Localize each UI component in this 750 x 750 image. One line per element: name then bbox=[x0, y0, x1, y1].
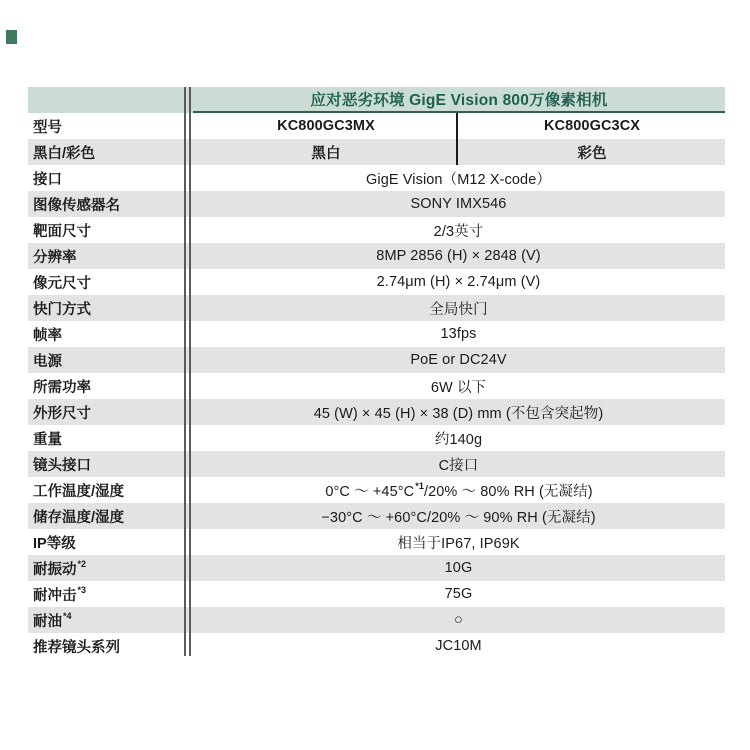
table-row: 外形尺寸 45 (W) × 45 (H) × 38 (D) mm (不包含突起物… bbox=[28, 399, 725, 425]
table-row: 耐冲击*3 75G bbox=[28, 581, 725, 607]
row-label: 外形尺寸 bbox=[28, 399, 193, 425]
row-value-text: GigE Vision（M12 X-code） bbox=[366, 168, 551, 189]
header-title: 应对恶劣环境 GigE Vision 800万像素相机 bbox=[193, 87, 725, 113]
row-value-text: −30°C ～ +60°C/20% ～ 90% RH (无凝结) bbox=[321, 506, 595, 527]
row-label: 分辨率 bbox=[28, 243, 193, 269]
row-value: SONY IMX546 bbox=[193, 191, 725, 217]
row-value-text: 10G bbox=[445, 560, 473, 576]
table-row: 图像传感器名 SONY IMX546 bbox=[28, 191, 725, 217]
row-value: 6W 以下 bbox=[193, 373, 725, 399]
table-row: 靶面尺寸 2/3英寸 bbox=[28, 217, 725, 243]
table-row: 工作温度/湿度 0°C ～ +45°C*1/20% ～ 80% RH (无凝结) bbox=[28, 477, 725, 503]
row-label-text: 耐油 bbox=[33, 610, 62, 631]
row-label-text: IP等级 bbox=[33, 532, 76, 553]
row-label: 靶面尺寸 bbox=[28, 217, 193, 243]
row-value-text: 8MP 2856 (H) × 2848 (V) bbox=[376, 248, 540, 264]
row-label: 接口 bbox=[28, 165, 193, 191]
row-label: 像元尺寸 bbox=[28, 269, 193, 295]
row-label: 所需功率 bbox=[28, 373, 193, 399]
row-label-text: 电源 bbox=[33, 350, 62, 371]
row-label-text: 帧率 bbox=[33, 324, 62, 345]
row-value: PoE or DC24V bbox=[193, 347, 725, 373]
row-value: 75G bbox=[193, 581, 725, 607]
row-label-text: 耐振动 bbox=[33, 558, 77, 579]
row-value-text: ○ bbox=[454, 612, 463, 628]
row-label-text: 所需功率 bbox=[33, 376, 91, 397]
row-value-text-cont: /20% ～ 80% RH (无凝结) bbox=[424, 480, 593, 501]
row-value: C接口 bbox=[193, 451, 725, 477]
row-label: 推荐镜头系列 bbox=[28, 633, 193, 659]
table-row: 接口 GigE Vision（M12 X-code） bbox=[28, 165, 725, 191]
row-value: 8MP 2856 (H) × 2848 (V) bbox=[193, 243, 725, 269]
row-value-right: 彩色 bbox=[459, 139, 725, 165]
row-label-text: 靶面尺寸 bbox=[33, 220, 91, 241]
row-value-text: 13fps bbox=[441, 326, 477, 342]
row-label: 耐冲击*3 bbox=[28, 581, 193, 607]
table-row: 帧率 13fps bbox=[28, 321, 725, 347]
table-row: IP等级 相当于IP67, IP69K bbox=[28, 529, 725, 555]
table-rows: 接口 GigE Vision（M12 X-code） 图像传感器名 SONY I… bbox=[28, 165, 725, 659]
row-label-text: 重量 bbox=[33, 428, 62, 449]
row-label: 电源 bbox=[28, 347, 193, 373]
row-value: 2/3英寸 bbox=[193, 217, 725, 243]
row-value-text: 相当于IP67, IP69K bbox=[397, 532, 519, 553]
row-label-text: 推荐镜头系列 bbox=[33, 636, 120, 657]
model-column-divider bbox=[456, 113, 458, 165]
table-row: 镜头接口 C接口 bbox=[28, 451, 725, 477]
row-value-text: 6W 以下 bbox=[431, 376, 486, 397]
row-label: IP等级 bbox=[28, 529, 193, 555]
table-row-model: 型号 KC800GC3MX KC800GC3CX bbox=[28, 113, 725, 139]
table-row: 储存温度/湿度 −30°C ～ +60°C/20% ～ 90% RH (无凝结) bbox=[28, 503, 725, 529]
column-double-rule-right bbox=[189, 87, 191, 656]
row-label-text: 储存温度/湿度 bbox=[33, 506, 124, 527]
header-spacer bbox=[28, 87, 193, 113]
row-value-right: KC800GC3CX bbox=[459, 113, 725, 139]
row-label-text: 外形尺寸 bbox=[33, 402, 91, 423]
row-value-text: C接口 bbox=[439, 454, 479, 475]
row-value-left: 黑白 bbox=[193, 139, 459, 165]
row-value-text: 2.74μm (H) × 2.74μm (V) bbox=[377, 274, 541, 290]
table-row: 像元尺寸 2.74μm (H) × 2.74μm (V) bbox=[28, 269, 725, 295]
row-label: 储存温度/湿度 bbox=[28, 503, 193, 529]
row-label: 耐振动*2 bbox=[28, 555, 193, 581]
table-row: 推荐镜头系列 JC10M bbox=[28, 633, 725, 659]
row-value: 10G bbox=[193, 555, 725, 581]
row-label: 工作温度/湿度 bbox=[28, 477, 193, 503]
row-value-text: 75G bbox=[445, 586, 473, 602]
row-label: 黑白/彩色 bbox=[28, 139, 193, 165]
row-label: 型号 bbox=[28, 113, 193, 139]
row-value: 相当于IP67, IP69K bbox=[193, 529, 725, 555]
row-label: 耐油*4 bbox=[28, 607, 193, 633]
corner-green-square bbox=[6, 30, 17, 44]
row-label: 镜头接口 bbox=[28, 451, 193, 477]
table-row: 重量 约140g bbox=[28, 425, 725, 451]
row-label-text: 快门方式 bbox=[33, 298, 91, 319]
row-label: 图像传感器名 bbox=[28, 191, 193, 217]
table-row: 所需功率 6W 以下 bbox=[28, 373, 725, 399]
table-row: 快门方式 全局快门 bbox=[28, 295, 725, 321]
row-label-text: 分辨率 bbox=[33, 246, 77, 267]
row-value: ○ bbox=[193, 607, 725, 633]
row-value-text: JC10M bbox=[435, 638, 481, 654]
row-label-text: 耐冲击 bbox=[33, 584, 77, 605]
column-double-rule-left bbox=[184, 87, 186, 656]
row-label-text: 型号 bbox=[33, 116, 62, 137]
row-label: 帧率 bbox=[28, 321, 193, 347]
row-label-text: 工作温度/湿度 bbox=[33, 480, 124, 501]
table-row-mono-color: 黑白/彩色 黑白 彩色 bbox=[28, 139, 725, 165]
table-row: 分辨率 8MP 2856 (H) × 2848 (V) bbox=[28, 243, 725, 269]
row-value-left: KC800GC3MX bbox=[193, 113, 459, 139]
row-value: −30°C ～ +60°C/20% ～ 90% RH (无凝结) bbox=[193, 503, 725, 529]
row-value: JC10M bbox=[193, 633, 725, 659]
row-label-text: 镜头接口 bbox=[33, 454, 91, 475]
row-value: 45 (W) × 45 (H) × 38 (D) mm (不包含突起物) bbox=[193, 399, 725, 425]
table-row: 耐油*4 ○ bbox=[28, 607, 725, 633]
row-value-text: PoE or DC24V bbox=[410, 352, 506, 368]
row-value: 全局快门 bbox=[193, 295, 725, 321]
row-value: 13fps bbox=[193, 321, 725, 347]
table-header: 应对恶劣环境 GigE Vision 800万像素相机 bbox=[28, 87, 725, 113]
row-label: 重量 bbox=[28, 425, 193, 451]
row-value: 约140g bbox=[193, 425, 725, 451]
row-value: 2.74μm (H) × 2.74μm (V) bbox=[193, 269, 725, 295]
row-value-text: 45 (W) × 45 (H) × 38 (D) mm (不包含突起物) bbox=[314, 402, 604, 423]
row-value-text: 全局快门 bbox=[429, 298, 487, 319]
row-label-text: 图像传感器名 bbox=[33, 194, 120, 215]
row-label-text: 像元尺寸 bbox=[33, 272, 91, 293]
row-value-text: 约140g bbox=[435, 428, 482, 449]
spec-table: 应对恶劣环境 GigE Vision 800万像素相机 型号 KC800GC3M… bbox=[28, 87, 725, 659]
row-label-text: 接口 bbox=[33, 168, 62, 189]
row-value-text: 0°C ～ +45°C bbox=[325, 480, 414, 501]
row-label: 快门方式 bbox=[28, 295, 193, 321]
table-row: 耐振动*2 10G bbox=[28, 555, 725, 581]
row-label-text: 黑白/彩色 bbox=[33, 142, 95, 163]
row-value: GigE Vision（M12 X-code） bbox=[193, 165, 725, 191]
row-value: 0°C ～ +45°C*1/20% ～ 80% RH (无凝结) bbox=[193, 477, 725, 503]
table-row: 电源 PoE or DC24V bbox=[28, 347, 725, 373]
row-value-text: 2/3英寸 bbox=[434, 220, 484, 241]
row-value-text: SONY IMX546 bbox=[411, 196, 507, 212]
